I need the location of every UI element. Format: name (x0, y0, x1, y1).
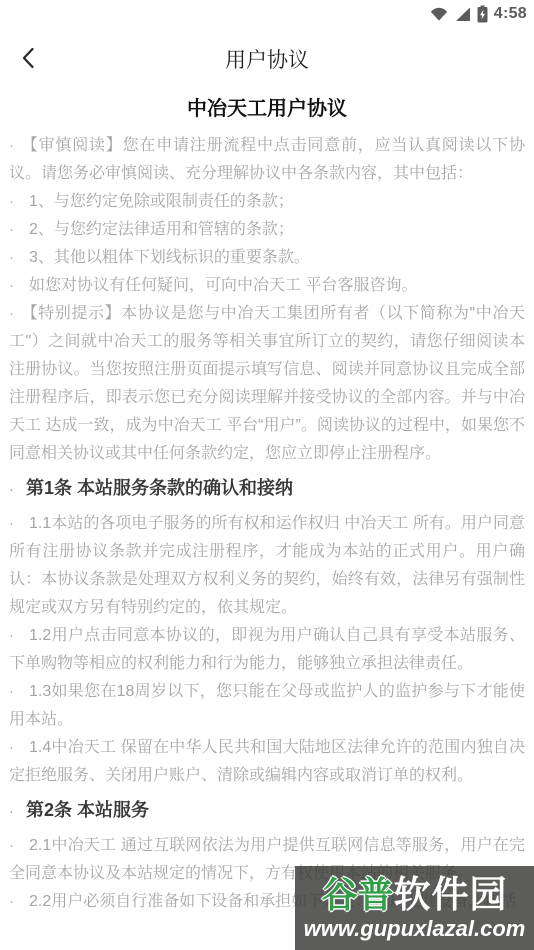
watermark-brand-green: 谷普 (321, 874, 393, 916)
agreement-paragraph: ·【审慎阅读】您在申请注册流程中点击同意前，应当认真阅读以下协议。请您务必审慎阅… (9, 132, 525, 188)
agreement-paragraph: ·【特别提示】本协议是您与中冶天工集团所有者（以下简称为"中冶天工"）之间就中冶… (9, 300, 525, 468)
agreement-paragraph: ·1.2用户点击同意本协议的，即视为用户确认自己具有享受本站服务、下单购物等相应… (9, 622, 525, 678)
paragraph-text: 【审慎阅读】您在申请注册流程中点击同意前，应当认真阅读以下协议。请您务必审慎阅读… (9, 137, 525, 182)
section-heading-text: 第1条 本站服务条款的确认和接纳 (26, 478, 293, 498)
status-bar: 4:58 (0, 0, 534, 28)
bullet-marker: · (9, 627, 14, 644)
paragraph-text: 【特别提示】本协议是您与中冶天工集团所有者（以下简称为"中冶天工"）之间就中冶天… (9, 305, 525, 462)
agreement-scroll-area[interactable]: 中冶天工用户协议 ·【审慎阅读】您在申请注册流程中点击同意前，应当认真阅读以下协… (0, 90, 534, 950)
bullet-marker: · (9, 249, 14, 266)
agreement-paragraph: ·3、其他以粗体下划线标识的重要条款。 (9, 244, 525, 272)
watermark-url: www.gupuxlazal.com (304, 916, 526, 942)
bullet-marker: · (9, 893, 14, 910)
site-watermark: 谷普 软件园 www.gupuxlazal.com (295, 866, 534, 950)
agreement-paragraph: ·2、与您约定法律适用和管辖的条款； (9, 216, 525, 244)
page-title: 用户协议 (0, 44, 534, 74)
agreement-paragraph: ·1.3如果您在18周岁以下，您只能在父母或监护人的监护参与下才能使用本站。 (9, 678, 525, 734)
paragraph-text: 1.4中冶天工 保留在中华人民共和国大陆地区法律允许的范围内独自决定拒绝服务、关… (9, 739, 525, 784)
agreement-paragraph: ·如您对协议有任何疑问，可向中冶天工 平台客服咨询。 (9, 272, 525, 300)
status-time: 4:58 (494, 5, 527, 23)
bullet-marker: · (9, 803, 14, 820)
wifi-icon (430, 7, 448, 22)
bullet-marker: · (9, 481, 14, 498)
section-heading: ·第1条 本站服务条款的确认和接纳 (9, 470, 525, 508)
section-heading-text: 第2条 本站服务 (26, 800, 149, 820)
bullet-marker: · (9, 277, 14, 294)
cell-signal-icon (454, 7, 471, 22)
paragraph-text: 1.3如果您在18周岁以下，您只能在父母或监护人的监护参与下才能使用本站。 (9, 683, 525, 728)
app-screen: 4:58 用户协议 中冶天工用户协议 ·【审慎阅读】您在申请注册流程中点击同意前… (0, 0, 534, 950)
watermark-brand-white: 软件园 (394, 874, 508, 916)
watermark-logo: 谷普 软件园 (321, 874, 507, 916)
bullet-marker: · (9, 305, 14, 322)
bullet-marker: · (9, 515, 14, 532)
bullet-marker: · (9, 683, 14, 700)
paragraph-text: 1、与您约定免除或限制责任的条款； (29, 193, 294, 210)
bullet-marker: · (9, 137, 14, 154)
section-heading: ·第2条 本站服务 (9, 792, 525, 830)
paragraph-text: 2、与您约定法律适用和管辖的条款； (29, 221, 294, 238)
bullet-marker: · (9, 837, 14, 854)
paragraph-text: 3、其他以粗体下划线标识的重要条款。 (29, 249, 310, 266)
paragraph-text: 1.1本站的各项电子服务的所有权和运作权归 中冶天工 所有。用户同意所有注册协议… (9, 515, 525, 616)
app-bar: 用户协议 (0, 28, 534, 90)
paragraph-text: 1.2用户点击同意本协议的，即视为用户确认自己具有享受本站服务、下单购物等相应的… (9, 627, 525, 672)
bullet-marker: · (9, 221, 14, 238)
agreement-title: 中冶天工用户协议 (9, 96, 525, 122)
bullet-marker: · (9, 739, 14, 756)
agreement-paragraph: ·1.4中冶天工 保留在中华人民共和国大陆地区法律允许的范围内独自决定拒绝服务、… (9, 734, 525, 790)
bullet-marker: · (9, 193, 14, 210)
agreement-paragraph: ·1.1本站的各项电子服务的所有权和运作权归 中冶天工 所有。用户同意所有注册协… (9, 510, 525, 622)
agreement-paragraph: ·1、与您约定免除或限制责任的条款； (9, 188, 525, 216)
battery-charging-icon (477, 5, 488, 23)
paragraph-text: 如您对协议有任何疑问，可向中冶天工 平台客服咨询。 (29, 277, 417, 294)
